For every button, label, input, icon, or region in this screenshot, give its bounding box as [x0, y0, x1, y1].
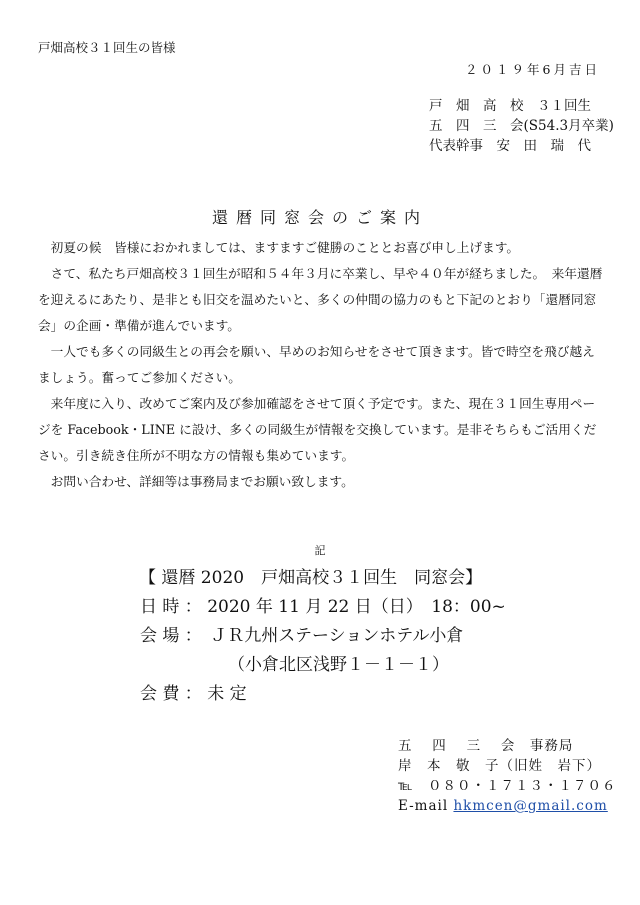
event-fee: 会 費 ： 未 定: [140, 680, 506, 709]
event-datetime: 日 時 ： 2020 年 11 月 22 日（日） 18：00~: [140, 593, 506, 622]
paragraph-contact: お問い合わせ、詳細等は事務局までお願い致します。: [38, 469, 604, 495]
addressee: 戸畑高校３１回生の皆様: [38, 38, 176, 56]
office-email-row: E-mail hkmcen@gmail.com: [398, 796, 617, 816]
email-label: E-mail: [398, 798, 453, 814]
ki-label: 記: [0, 542, 640, 558]
paragraph-greeting: 初夏の候 皆様におかれましては、ますますご健勝のこととお喜び申し上げます。: [38, 235, 604, 261]
event-venue-address: （小倉北区浅野１－１－１）: [140, 651, 506, 680]
page-title: 還暦同窓会のご案内: [0, 205, 640, 228]
letter-date: ２０１９年6月吉日: [465, 60, 600, 78]
email-link[interactable]: hkmcen@gmail.com: [453, 798, 607, 814]
office-name: 五 四 三 会 事務局: [398, 736, 617, 756]
office-block: 五 四 三 会 事務局 岸 本 敬 子（旧姓 岩下） ℡ ０８０・１７１３・１７…: [398, 736, 617, 816]
sender-group: 五 四 三 会(S54.3月卒業): [429, 116, 614, 136]
paragraph-intro: さて、私たち戸畑高校３１回生が昭和５４年３月に卒業し、早や４０年が経ちました。 …: [38, 261, 604, 339]
paragraph-invitation: 一人でも多くの同級生との再会を願い、早めのお知らせをさせて頂きます。皆で時空を飛…: [38, 339, 604, 391]
sender-block: 戸 畑 高 校 ３１回生 五 四 三 会(S54.3月卒業) 代表幹事 安 田 …: [429, 96, 614, 156]
event-details: 【 還暦 2020 戸畑高校３１回生 同窓会】 日 時 ： 2020 年 11 …: [140, 564, 506, 709]
office-phone: ℡ ０８０・１７１３・１７０６: [398, 776, 617, 796]
paragraph-schedule: 来年度に入り、改めてご案内及び参加確認をさせて頂く予定です。また、現在３１回生専…: [38, 391, 604, 469]
letter-body: 初夏の候 皆様におかれましては、ますますご健勝のこととお喜び申し上げます。 さて…: [38, 235, 604, 495]
sender-representative: 代表幹事 安 田 瑞 代: [429, 136, 614, 156]
sender-school: 戸 畑 高 校 ３１回生: [429, 96, 614, 116]
office-contact-person: 岸 本 敬 子（旧姓 岩下）: [398, 756, 617, 776]
event-heading: 【 還暦 2020 戸畑高校３１回生 同窓会】: [139, 564, 506, 593]
event-venue: 会 場 ： ＪＲ九州ステーションホテル小倉: [140, 622, 506, 651]
